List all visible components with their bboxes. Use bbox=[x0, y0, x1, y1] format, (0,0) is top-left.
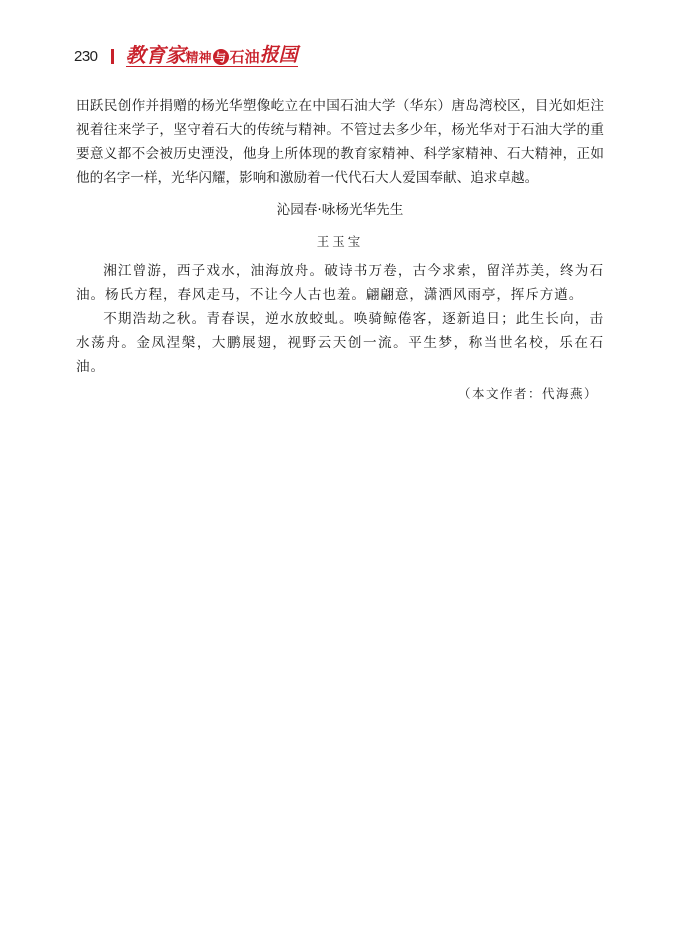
article-attribution: （本文作者：代海燕） bbox=[458, 384, 598, 404]
poem-author: 王玉宝 bbox=[0, 232, 680, 252]
book-title-part-5: 报国 bbox=[260, 46, 298, 65]
book-title-part-1: 教育家 bbox=[126, 45, 186, 65]
poem-title: 沁园春·咏杨光华先生 bbox=[0, 200, 680, 220]
header-divider-bar bbox=[111, 49, 114, 64]
article-paragraph: 田跃民创作并捐赠的杨光华塑像屹立在中国石油大学（华东）唐岛湾校区，目光如炬注视着… bbox=[76, 94, 604, 190]
article-body: 田跃民创作并捐赠的杨光华塑像屹立在中国石油大学（华东）唐岛湾校区，目光如炬注视着… bbox=[76, 94, 604, 190]
poem-body: 湘江曾游，西子戏水，油海放舟。破诗书万卷，古今求索，留洋苏美，终为石油。杨氏方程… bbox=[76, 259, 604, 379]
poem-stanza-2: 不期浩劫之秋。青春误，逆水放蛟虬。唤骑鲸倦客，逐新追日；此生长向，击水荡舟。金凤… bbox=[76, 307, 604, 379]
poem-stanza-1: 湘江曾游，西子戏水，油海放舟。破诗书万卷，古今求索，留洋苏美，终为石油。杨氏方程… bbox=[76, 259, 604, 307]
page-header: 230 教育家 精神 与 石油 报国 bbox=[74, 44, 298, 68]
book-title-part-3-circle: 与 bbox=[213, 49, 229, 65]
page-number: 230 bbox=[74, 48, 98, 65]
book-title: 教育家 精神 与 石油 报国 bbox=[126, 45, 298, 67]
book-title-part-2: 精神 bbox=[186, 52, 212, 65]
book-title-part-4: 石油 bbox=[230, 50, 260, 65]
